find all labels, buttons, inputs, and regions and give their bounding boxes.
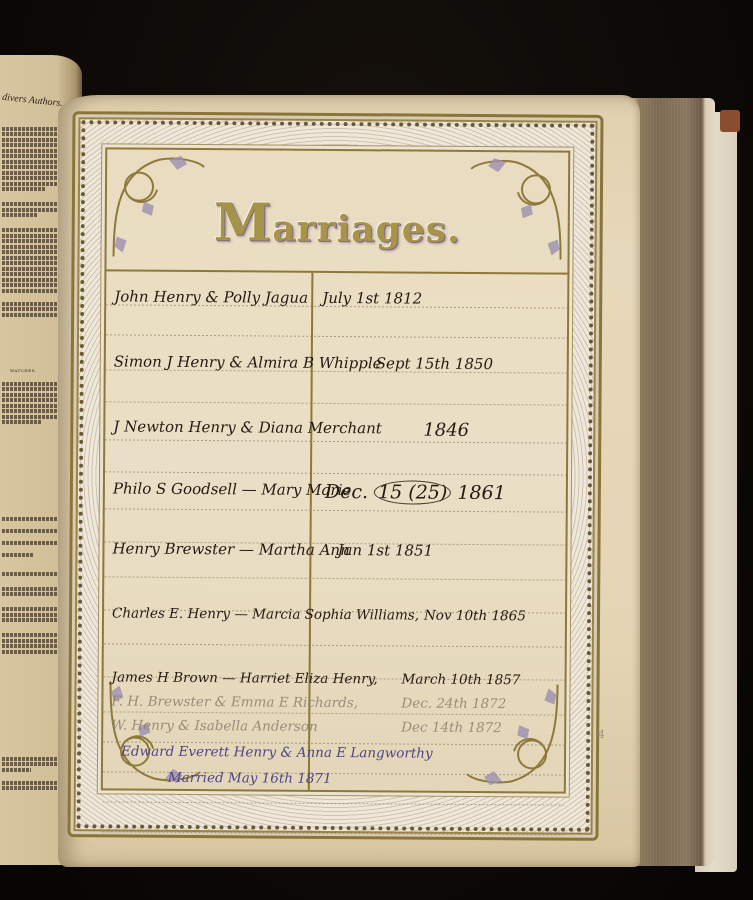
entry-date: Dec. 24th 1872 [401,695,506,712]
register-entry: Married May 16th 1871 [168,764,556,797]
entry-names: F. H. Brewster & Emma E Richards, [111,693,358,711]
ornamental-frame: Marriages. [67,111,603,841]
left-page-heading: divers Authors. [2,92,64,109]
entry-names: James H Brown — Harriet Eliza Henry, [112,669,378,687]
entry-names: Edward Everett Henry & Anna E Langworthy [121,744,433,762]
leather-cover-corner [720,110,740,132]
entry-names: John Henry & Polly Jagua [114,287,308,306]
entry-date: Dec 14th 1872 [401,719,502,736]
register-entry: Henry Brewster — Martha Ann Jan 1st 1851 [112,533,557,566]
entry-date: Dec. 15 (25) 1861 [325,481,506,504]
register-entry: Simon J Henry & Almira B Whipple Sept 15… [114,346,559,379]
entry-names: Simon J Henry & Almira B Whipple [114,352,382,372]
entry-date: July 1st 1812 [322,289,422,308]
entry-date: March 10th 1857 [402,671,521,688]
entry-date: Sept 15th 1850 [376,354,493,373]
register-entry: John Henry & Polly Jagua July 1st 1812 [114,281,559,314]
entry-names: Married May 16th 1871 [168,770,332,787]
register-panel: Marriages. [101,147,570,793]
corner-ornament-top-right-icon [465,154,566,265]
entry-date: 1846 [423,420,469,441]
circled-day: 15 (25) [374,480,451,505]
corner-ornament-top-left-icon [108,151,209,262]
entry-names: Philo S Goodsell — Mary Marie [113,479,352,499]
entry-date: Jan 1st 1851 [337,541,433,560]
register-entry: Philo S Goodsell — Mary Marie Dec. 15 (2… [113,473,558,506]
register-entry: J Newton Henry & Diana Merchant 1846 [113,411,558,444]
entry-names: Henry Brewster — Martha Ann [112,539,349,559]
register-entry: Charles E. Henry — Marcia Sophia William… [112,599,557,632]
entry-names: W. Henry & Isabella Anderson [111,717,318,734]
entry-names: J Newton Henry & Diana Merchant [113,417,382,437]
marriage-register-table: John Henry & Polly Jagua July 1st 1812 S… [103,271,568,791]
entry-names: Charles E. Henry — Marcia Sophia William… [112,605,419,623]
entry-date: Nov 10th 1865 [424,608,526,625]
left-page-section-label: WATCHES. [10,368,37,373]
